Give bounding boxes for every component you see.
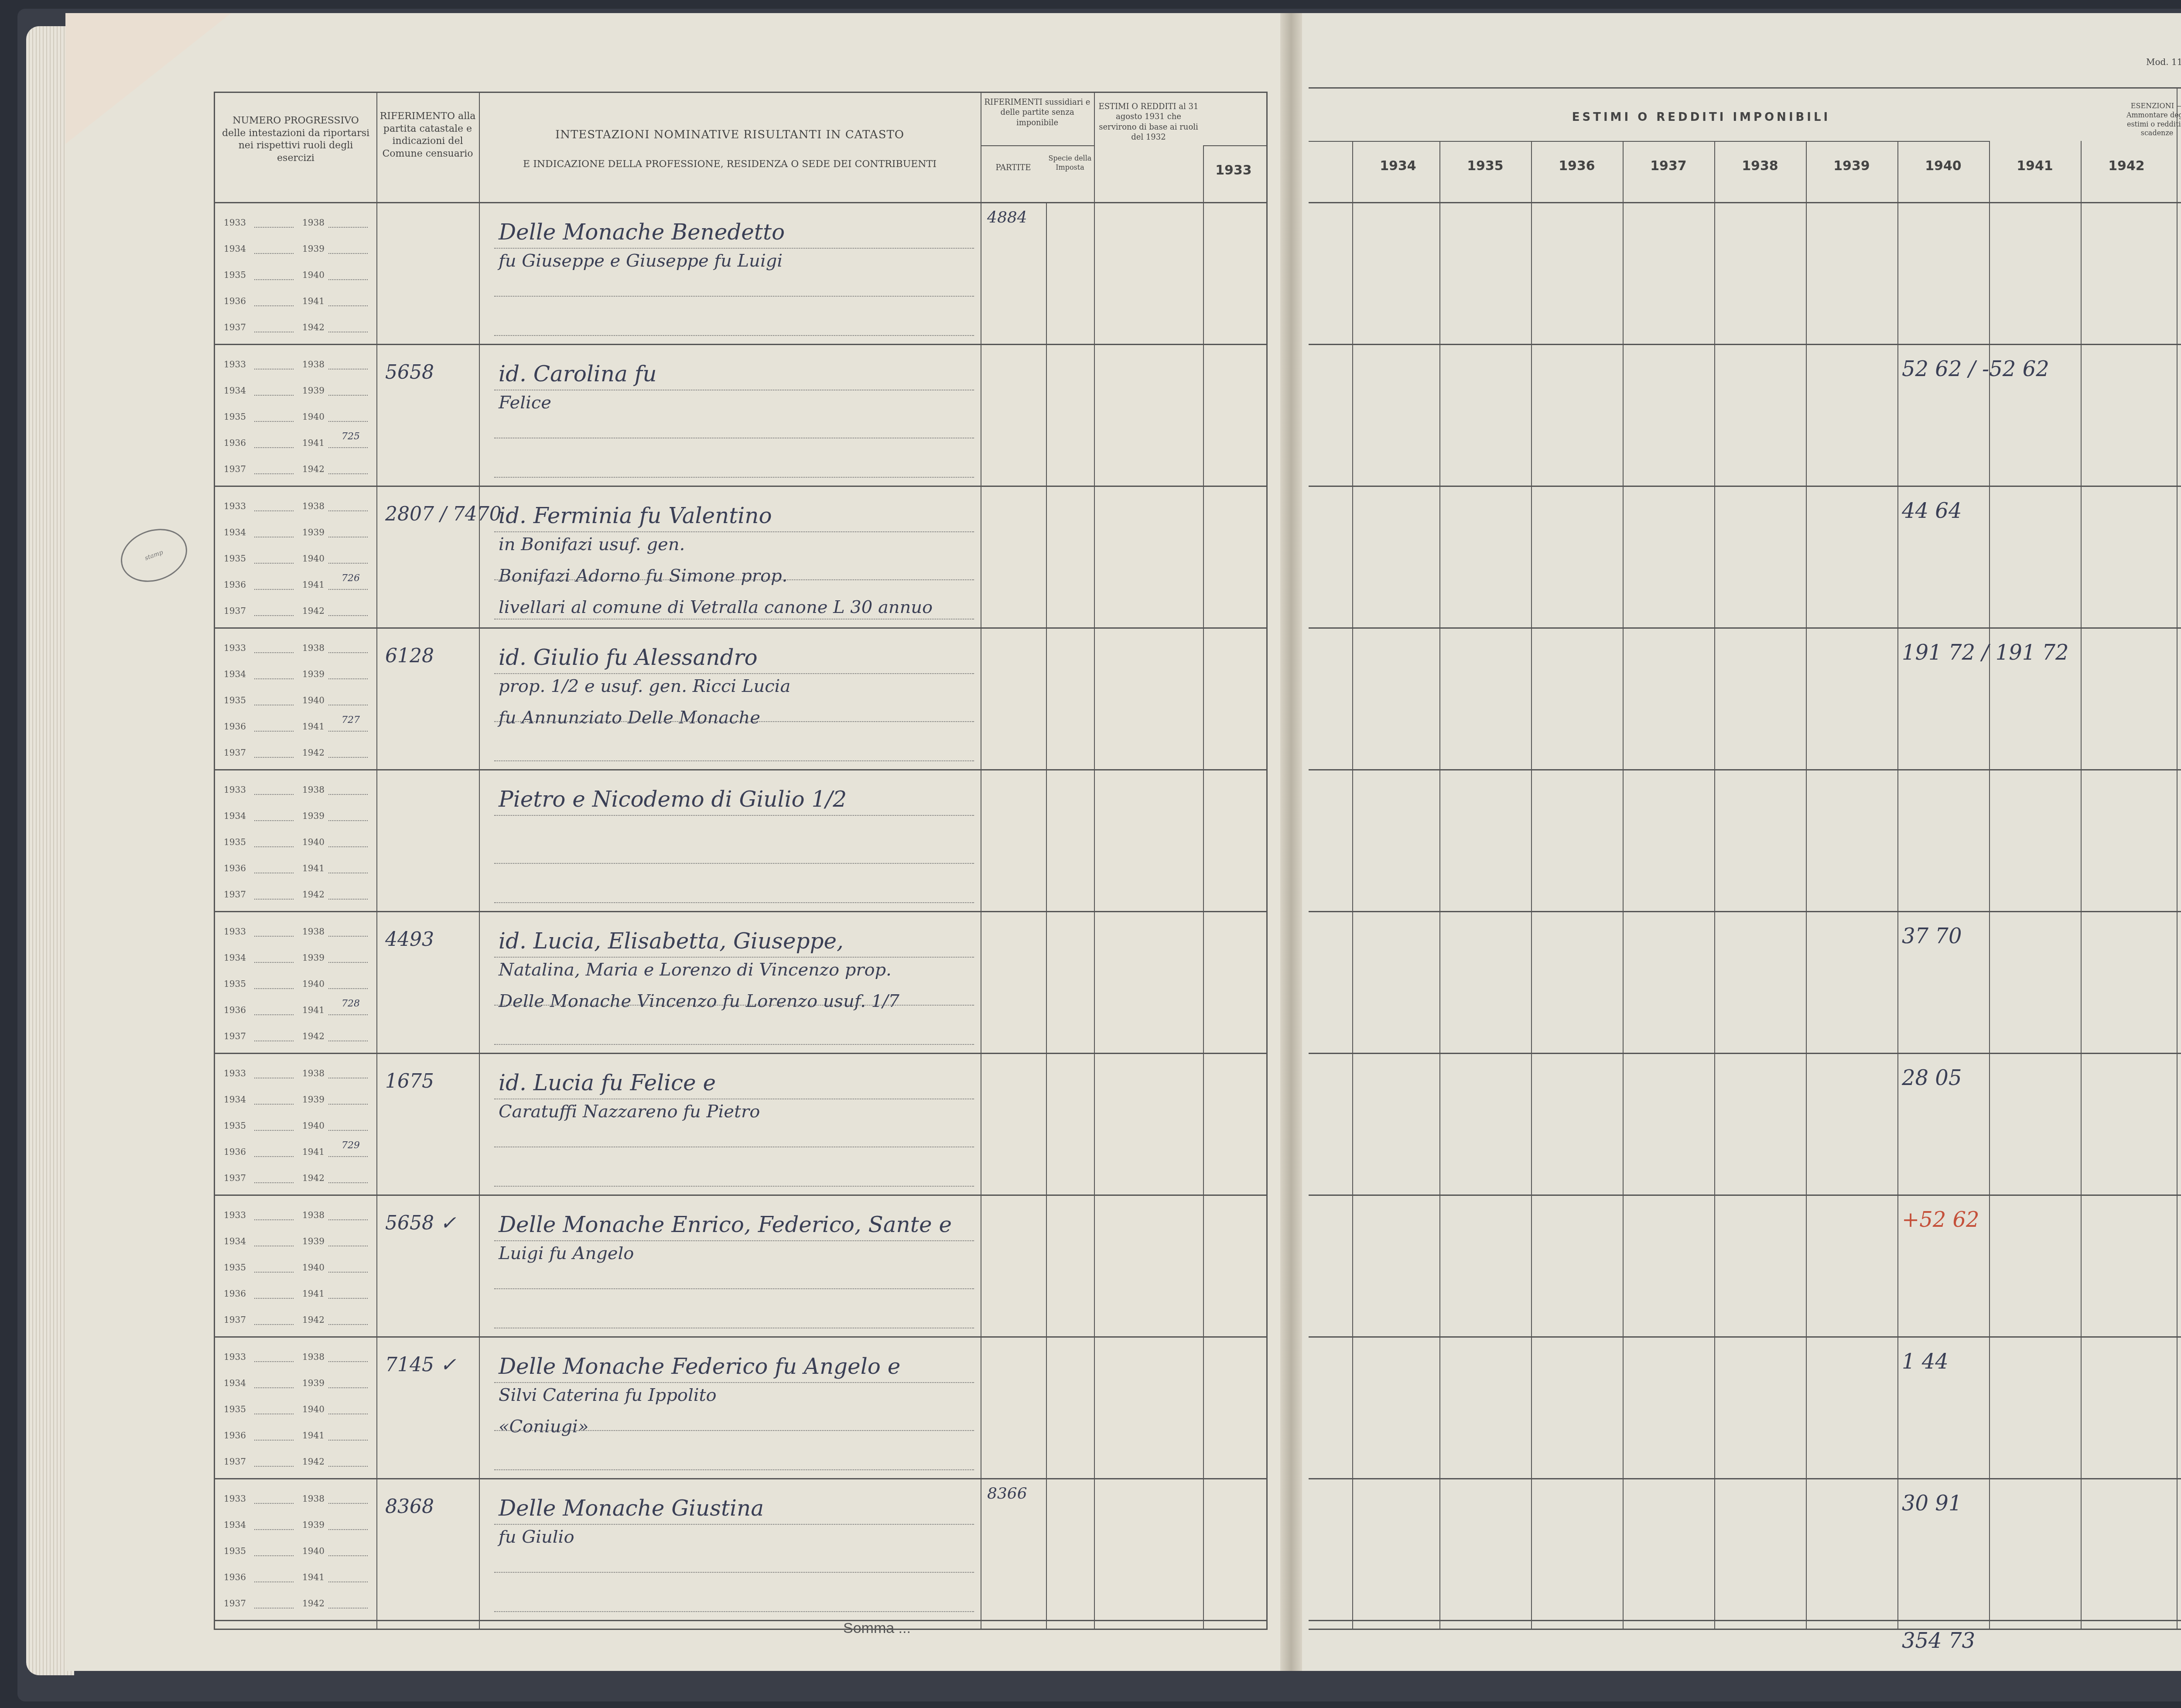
entry-name-line: fu Annunziato Delle Monache <box>499 708 760 728</box>
row-year: 1936 <box>224 579 246 590</box>
row-year: 1938 <box>302 1210 325 1220</box>
row-year: 1933 <box>224 643 246 653</box>
row-year: 1940 <box>302 695 325 705</box>
entry-partite: 8366 <box>987 1485 1027 1503</box>
entry-name-line: prop. 1/2 e usuf. gen. Ricci Lucia <box>499 676 790 696</box>
row-year: 1941 <box>302 1430 325 1441</box>
row-year: 1941 <box>302 579 325 590</box>
entry-value-1941: 37 70 <box>1902 924 1962 948</box>
entry-name-line: id. Lucia, Elisabetta, Giuseppe, <box>499 928 844 954</box>
row-year: 1937 <box>224 1173 246 1183</box>
total-value-1941: 354 73 <box>1902 1629 1975 1653</box>
year-header-1942: 1942 <box>2081 158 2172 174</box>
row-year: 1937 <box>224 1314 246 1325</box>
row-year: 1934 <box>224 1236 246 1246</box>
right-register-table: ESTIMI O REDDITI IMPONIBILI ESENZIONI — … <box>1309 87 2181 1630</box>
row-year: 1937 <box>224 606 246 616</box>
entry-value-1941: 28 05 <box>1902 1066 1962 1090</box>
year-header-1939: 1939 <box>1806 158 1897 174</box>
row-year: 1938 <box>302 1068 325 1078</box>
entry-name-line: Felice <box>499 393 551 413</box>
row-year: 1934 <box>224 811 246 821</box>
row-year: 1936 <box>224 296 246 306</box>
row-year: 1940 <box>302 1262 325 1273</box>
entry-name-line: Pietro e Nicodemo di Giulio 1/2 <box>499 787 847 812</box>
row-year: 1933 <box>224 784 246 795</box>
header-esenzioni: ESENZIONI — Ammontare degli estimi o red… <box>2124 102 2181 138</box>
row-year: 1940 <box>302 1546 325 1556</box>
row-year: 1937 <box>224 889 246 900</box>
book-spine <box>1280 13 1302 1671</box>
row-year: 1937 <box>224 1456 246 1467</box>
row-year: 1934 <box>224 385 246 396</box>
row-year: 1942 <box>302 1173 325 1183</box>
entry-name-line: Caratuffi Nazzareno fu Pietro <box>499 1102 760 1122</box>
row-year: 1939 <box>302 1520 325 1530</box>
entry-name-line: Luigi fu Angelo <box>499 1243 634 1263</box>
header-specie-imposta: Specie della Imposta <box>1048 154 1092 172</box>
row-year: 1933 <box>224 1493 246 1504</box>
folded-corner <box>65 13 231 144</box>
row-year: 1937 <box>224 322 246 332</box>
entry-ref-small: 725 <box>342 431 360 442</box>
entry-ref: 7145 ✓ <box>385 1354 456 1376</box>
entry-ref-small: 727 <box>342 715 360 726</box>
entry-name-line: in Bonifazi usuf. gen. <box>499 534 685 555</box>
entry-name-line: Delle Monache Vincenzo fu Lorenzo usuf. … <box>499 991 899 1011</box>
row-year: 1939 <box>302 385 325 396</box>
entry-ref-small: 729 <box>342 1140 360 1151</box>
entry-ref: 4493 <box>385 928 434 951</box>
entry-name-line: Delle Monache Benedetto <box>499 219 785 245</box>
entry-value-1941: 44 64 <box>1902 499 1962 523</box>
row-year: 1938 <box>302 359 325 370</box>
row-year: 1941 <box>302 863 325 873</box>
row-year: 1934 <box>224 243 246 254</box>
year-header-1940: 1940 <box>1897 158 1989 174</box>
row-year: 1941 <box>302 721 325 732</box>
entry-name-line: id. Lucia fu Felice e <box>499 1070 716 1095</box>
entry-value-1941: 191 72 / 191 72 <box>1902 640 2069 665</box>
entry-value-1941: 52 62 / -52 62 <box>1902 357 2049 381</box>
header-estimi-1931: ESTIMI O REDDITI al 31 agosto 1931 che s… <box>1096 102 1201 143</box>
entry-ref: 1675 <box>385 1070 434 1092</box>
row-year: 1939 <box>302 811 325 821</box>
row-year: 1942 <box>302 322 325 332</box>
header-partite: PARTITE <box>983 163 1044 173</box>
row-year: 1939 <box>302 527 325 537</box>
row-year: 1940 <box>302 837 325 847</box>
entry-partite: 4884 <box>987 209 1027 226</box>
row-year: 1935 <box>224 979 246 989</box>
entry-ref-small: 728 <box>342 998 360 1009</box>
row-year: 1942 <box>302 889 325 900</box>
row-year: 1933 <box>224 926 246 937</box>
row-year: 1937 <box>224 1598 246 1609</box>
row-year: 1935 <box>224 837 246 847</box>
row-year: 1934 <box>224 527 246 537</box>
row-year: 1935 <box>224 1404 246 1414</box>
row-year: 1941 <box>302 1147 325 1157</box>
year-header-1936: 1936 <box>1531 158 1623 174</box>
entry-ref: 6128 <box>385 645 434 667</box>
row-year: 1933 <box>224 359 246 370</box>
row-year: 1939 <box>302 952 325 963</box>
row-year: 1942 <box>302 1456 325 1467</box>
row-year: 1938 <box>302 926 325 937</box>
row-year: 1934 <box>224 669 246 679</box>
year-header-1941: 1941 <box>1989 158 2081 174</box>
entry-name-line: id. Giulio fu Alessandro <box>499 645 758 670</box>
entry-name-line: fu Giulio <box>499 1527 574 1547</box>
row-year: 1942 <box>302 1031 325 1041</box>
row-year: 1942 <box>302 606 325 616</box>
row-year: 1941 <box>302 1288 325 1299</box>
row-year: 1939 <box>302 1378 325 1388</box>
row-year: 1939 <box>302 1236 325 1246</box>
row-year: 1941 <box>302 438 325 448</box>
row-year: 1940 <box>302 979 325 989</box>
row-year: 1935 <box>224 270 246 280</box>
row-year: 1939 <box>302 669 325 679</box>
row-year: 1936 <box>224 1005 246 1015</box>
row-year: 1940 <box>302 270 325 280</box>
row-year: 1933 <box>224 1068 246 1078</box>
entry-ref: 2807 / 7470 <box>385 503 502 525</box>
entry-name-line: livellari al comune di Vetralla canone L… <box>499 597 933 617</box>
entry-value-1941: 1 44 <box>1902 1349 1949 1374</box>
row-year: 1942 <box>302 747 325 758</box>
row-year: 1937 <box>224 1031 246 1041</box>
entry-ref-small: 726 <box>342 573 360 584</box>
row-year: 1939 <box>302 243 325 254</box>
row-year: 1937 <box>224 464 246 474</box>
header-riferimento: RIFERIMENTO alla partita catastale e ind… <box>379 110 477 160</box>
row-year: 1934 <box>224 1520 246 1530</box>
row-year: 1938 <box>302 501 325 511</box>
entry-name-line: Natalina, Maria e Lorenzo di Vincenzo pr… <box>499 960 892 980</box>
row-year: 1935 <box>224 1262 246 1273</box>
entry-value-1941: +52 62 <box>1902 1208 1979 1232</box>
header-intestazioni-sub: E INDICAZIONE DELLA PROFESSIONE, RESIDEN… <box>485 158 974 171</box>
row-year: 1938 <box>302 1493 325 1504</box>
row-year: 1938 <box>302 1352 325 1362</box>
left-register-table: NUMERO PROGRESSIVO delle intestazioni da… <box>214 92 1268 1630</box>
header-intestazioni: INTESTAZIONI NOMINATIVE RISULTANTI IN CA… <box>485 128 974 143</box>
entry-name-line: Silvi Caterina fu Ippolito <box>499 1385 717 1405</box>
row-year: 1933 <box>224 1352 246 1362</box>
entry-name-line: Bonifazi Adorno fu Simone prop. <box>499 566 787 586</box>
header-numero-progressivo: NUMERO PROGRESSIVO delle intestazioni da… <box>219 115 372 164</box>
row-year: 1942 <box>302 1598 325 1609</box>
form-model-label: Mod. 111 - Imposte Dirette (Intercal...) <box>2146 57 2181 67</box>
entry-name-line: fu Giuseppe e Giuseppe fu Luigi <box>499 251 783 271</box>
entry-name-line: «Coniugi» <box>499 1417 588 1437</box>
year-header-1933: 1933 <box>1205 163 1262 178</box>
row-year: 1940 <box>302 1404 325 1414</box>
row-year: 1941 <box>302 296 325 306</box>
row-year: 1935 <box>224 1120 246 1131</box>
row-year: 1940 <box>302 411 325 422</box>
entry-ref: 5658 <box>385 361 434 383</box>
row-year: 1936 <box>224 721 246 732</box>
entry-name-line: id. Ferminia fu Valentino <box>499 503 772 528</box>
header-riferimenti: RIFERIMENTI sussidiari e delle partite s… <box>983 97 1092 128</box>
row-year: 1941 <box>302 1572 325 1582</box>
entry-name-line: id. Carolina fu <box>499 361 656 387</box>
row-year: 1939 <box>302 1094 325 1105</box>
row-year: 1936 <box>224 438 246 448</box>
row-year: 1934 <box>224 1378 246 1388</box>
row-year: 1933 <box>224 1210 246 1220</box>
year-header-1937: 1937 <box>1623 158 1714 174</box>
row-year: 1942 <box>302 464 325 474</box>
row-year: 1937 <box>224 747 246 758</box>
year-header-1938: 1938 <box>1714 158 1806 174</box>
row-year: 1942 <box>302 1314 325 1325</box>
row-year: 1935 <box>224 411 246 422</box>
row-year: 1941 <box>302 1005 325 1015</box>
entry-value-1941: 30 91 <box>1902 1491 1962 1516</box>
year-header-1935: 1935 <box>1439 158 1531 174</box>
year-header-1934: 1934 <box>1352 158 1444 174</box>
row-year: 1935 <box>224 553 246 564</box>
row-year: 1935 <box>224 695 246 705</box>
row-year: 1934 <box>224 952 246 963</box>
row-year: 1933 <box>224 501 246 511</box>
entry-ref: 5658 ✓ <box>385 1212 456 1234</box>
entry-ref: 8368 <box>385 1496 434 1518</box>
row-year: 1940 <box>302 553 325 564</box>
row-year: 1936 <box>224 1430 246 1441</box>
row-year: 1936 <box>224 1147 246 1157</box>
somma-label: Somma ... <box>843 1620 911 1637</box>
row-year: 1935 <box>224 1546 246 1556</box>
entry-name-line: Delle Monache Enrico, Federico, Sante e <box>499 1212 952 1237</box>
entry-name-line: Delle Monache Federico fu Angelo e <box>499 1354 900 1379</box>
header-estimi-imponibili: ESTIMI O REDDITI IMPONIBILI <box>1309 110 2094 125</box>
row-year: 1936 <box>224 1572 246 1582</box>
row-year: 1934 <box>224 1094 246 1105</box>
row-year: 1936 <box>224 1288 246 1299</box>
row-year: 1938 <box>302 643 325 653</box>
entry-name-line: Delle Monache Giustina <box>499 1496 764 1521</box>
row-year: 1938 <box>302 217 325 228</box>
row-year: 1933 <box>224 217 246 228</box>
row-year: 1938 <box>302 784 325 795</box>
row-year: 1936 <box>224 863 246 873</box>
row-year: 1940 <box>302 1120 325 1131</box>
